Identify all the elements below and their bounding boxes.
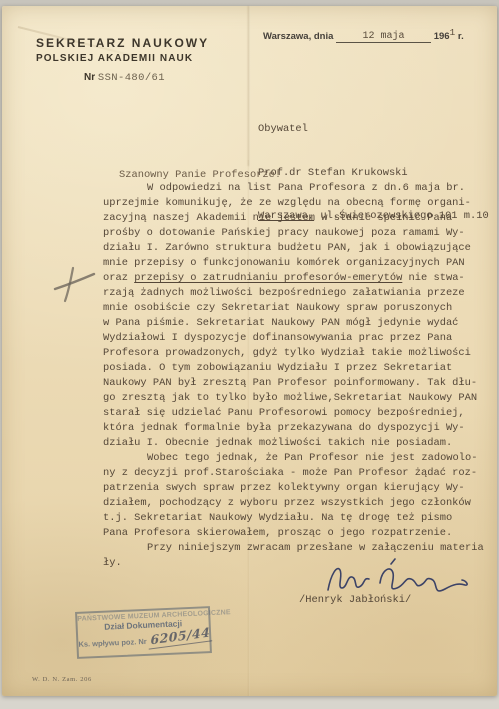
archive-stamp: PAŃSTWOWE MUZEUM ARCHEOLOGICZNE Dział Do… [75,606,212,659]
body-line: Wydziałowi I dyspozycje dofinansowywania… [103,331,488,346]
salutation: Szanowny Panie Profesorze! [119,169,281,181]
reference-number-row: Nr SSN-480/61 [84,72,209,84]
letterhead-title: SEKRETARZ NAUKOWY [36,36,209,50]
body-line: działu I. Obecnie jednak możliwości taki… [103,436,488,451]
year-typed: 1 [450,27,456,38]
reference-number: SSN-480/61 [98,72,165,84]
body-line: Naukowy PAN był zresztą Pan Profesor poi… [103,376,488,391]
body-line: uprzejmie komunikuję, że ze względu na o… [103,196,488,211]
recipient-line-1: Obywatel [258,122,489,137]
body-line: rzają żadnych możliwości bezpośredniego … [103,286,488,301]
body-line: posiada. O tym zobowiązaniu Wydziału I p… [103,361,488,376]
body-line: prośby o dotowanie Pańskiej pracy naukow… [103,226,488,241]
stamp-register-label: Ks. wpływu poz. Nr [78,637,147,649]
handwritten-signature-icon [320,556,472,596]
body-line: zacyjną naszej Akademii nie jestem w sta… [103,211,488,226]
recipient-line-2: Prof.dr Stefan Krukowski [258,166,489,181]
scanned-letter-page: SEKRETARZ NAUKOWY POLSKIEJ AKADEMII NAUK… [0,0,499,709]
body-line: która jednak formalnie była przekazywana… [103,421,488,436]
body-line: mnie przepisy o funkcjonowaniu komórek o… [103,256,488,271]
body-line: Pana Profesora skierowałem, prosząc o je… [103,526,488,541]
body-line: mnie osobiście czy Sekretariat Naukowy s… [103,301,488,316]
stamp-register-row: Ks. wpływu poz. Nr 6205/44 [78,629,210,652]
letter-content: SEKRETARZ NAUKOWY POLSKIEJ AKADEMII NAUK… [0,0,499,709]
body-line: Wobec tego jednak, że Pan Profesor nie j… [103,451,488,466]
letter-body: W odpowiedzi na list Pana Profesora z dn… [103,181,488,571]
body-line: Przy niniejszym zwracam przesłane w załą… [103,541,488,556]
printers-mark: W. D. N. Zam. 206 [32,676,92,683]
body-line: t.j. Sekretariat Naukowy Wydziału. Na tę… [103,511,488,526]
typed-date: 12 maja [336,31,431,43]
body-line: starał się udzielać Panu Profesorowi pom… [103,406,488,421]
body-line: oraz przepisy o zatrudnianiu profesorów-… [103,271,488,286]
body-line: ny z decyzji prof.Starościaka - może Pan… [103,466,488,481]
body-line: w Pana piśmie. Sekretariat Naukowy PAN m… [103,316,488,331]
typed-signature: /Henryk Jabłoński/ [299,594,411,606]
letterhead: SEKRETARZ NAUKOWY POLSKIEJ AKADEMII NAUK… [36,36,209,84]
body-line: Profesora prowadzonych, gdyż tylko Wydzi… [103,346,488,361]
body-line: W odpowiedzi na list Pana Profesora z dn… [103,181,488,196]
dateline-prefix: Warszawa, dnia [263,31,333,42]
pencil-x-mark-icon [50,262,100,308]
reference-label: Nr [84,72,95,83]
dateline-suffix: r. [458,31,464,42]
body-line: go zresztą jak to tylko było możliwe,Sek… [103,391,488,406]
body-line: patrzenia swych spraw przez kolektywny o… [103,481,488,496]
body-line: działem, pochodzący z wyboru przez wszys… [103,496,488,511]
letterhead-subtitle: POLSKIEJ AKADEMII NAUK [36,53,209,64]
year-printed: 196 [434,31,450,42]
body-line: działu I. Zarówno struktura budżetu PAN,… [103,241,488,256]
dateline: Warszawa, dnia 12 maja 1961 r. [263,31,464,44]
